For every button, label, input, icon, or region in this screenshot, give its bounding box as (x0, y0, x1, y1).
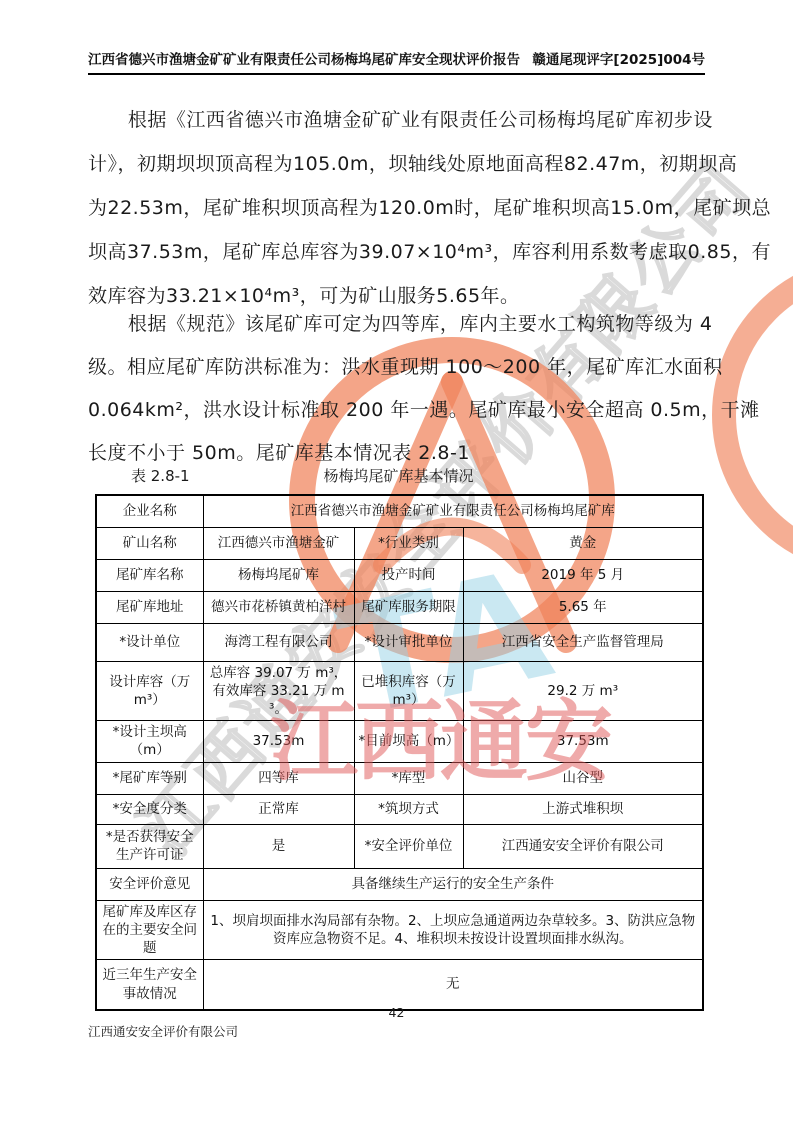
table-cell-label: *设计审批单位 (354, 623, 463, 661)
paragraph-line: 坝高37.53m，尾矿库总库容为39.07×10⁴m³，库容利用系数考虑取0.8… (88, 230, 710, 274)
table-cell-label: 尾矿库及库区存在的主要安全问题 (96, 900, 203, 960)
table-row: 尾矿库及库区存在的主要安全问题1、坝肩坝面排水沟局部有杂物。2、上坝应急通道两边… (96, 900, 703, 960)
table-cell-value: 江西德兴市渔塘金矿 (203, 527, 354, 559)
table-cell-value: 黄金 (463, 527, 703, 559)
paragraph-line: 根据《规范》该尾矿库可定为四等库，库内主要水工构筑物等级为 4 (88, 303, 710, 346)
basic-info-table: 企业名称江西省德兴市渔塘金矿矿业有限责任公司杨梅坞尾矿库矿山名称江西德兴市渔塘金… (95, 494, 704, 1011)
table-cell-value: 上游式堆积坝 (463, 794, 703, 824)
paragraph-line: 级。相应尾矿库防洪标准为：洪水重现期 100～200 年，尾矿库汇水面积 (88, 346, 710, 389)
table-cell-value: 29.2 万 m³ (463, 661, 703, 721)
paragraph-line: 计》，初期坝坝顶高程为105.0m，坝轴线处原地面高程82.47m，初期坝高 (88, 142, 710, 186)
table-cell-value: 37.53m (203, 721, 354, 762)
table-cell-label: 设计库容（万 m³） (96, 661, 203, 721)
table-cell-value: 海湾工程有限公司 (203, 623, 354, 661)
table-cell-label: *安全评价单位 (354, 824, 463, 868)
table-cell-label: *设计主坝高（m） (96, 721, 203, 762)
document-page: 江西通安安全评价有限公司 TA 江西通安 江西省德兴市渔塘金矿矿业有限责任公司杨… (0, 0, 793, 1122)
table-cell-value: 1、坝肩坝面排水沟局部有杂物。2、上坝应急通道两边杂草较多。3、防洪应急物资库应… (203, 900, 703, 960)
table-row: *是否获得安全生产许可证是*安全评价单位江西通安安全评价有限公司 (96, 824, 703, 868)
paragraph-1: 根据《江西省德兴市渔塘金矿矿业有限责任公司杨梅坞尾矿库初步设计》，初期坝坝顶高程… (88, 98, 710, 318)
table-row: *设计主坝高（m）37.53m*目前坝高（m）37.53m (96, 721, 703, 762)
table-cell-value: 具备继续生产运行的安全生产条件 (203, 868, 703, 900)
table-cell-label: *行业类别 (354, 527, 463, 559)
table-cell-value: 江西省安全生产监督管理局 (463, 623, 703, 661)
table-row: *尾矿库等别四等库*库型山谷型 (96, 762, 703, 794)
table-cell-value: 2019 年 5 月 (463, 559, 703, 591)
table-cell-label: *是否获得安全生产许可证 (96, 824, 203, 868)
table-cell-label: *筑坝方式 (354, 794, 463, 824)
table-cell-value: 是 (203, 824, 354, 868)
table-cell-label: 已堆积库容（万 m³） (354, 661, 463, 721)
table-row: 设计库容（万 m³）总库容 39.07 万 m³，有效库容 33.21 万 m³… (96, 661, 703, 721)
paragraph-2: 根据《规范》该尾矿库可定为四等库，库内主要水工构筑物等级为 4级。相应尾矿库防洪… (88, 303, 710, 475)
table-row: 近三年生产安全事故情况无 (96, 960, 703, 1010)
table-row: *安全度分类正常库*筑坝方式上游式堆积坝 (96, 794, 703, 824)
table-cell-value: 5.65 年 (463, 591, 703, 623)
table-cell-value: 正常库 (203, 794, 354, 824)
header-doc-number: 赣通尾现评字[2025]004号 (532, 48, 705, 68)
table-cell-label: 尾矿库服务期限 (354, 591, 463, 623)
table-cell-label: 矿山名称 (96, 527, 203, 559)
table-cell-value: 无 (203, 960, 703, 1010)
page-header: 江西省德兴市渔塘金矿矿业有限责任公司杨梅坞尾矿库安全现状评价报告 赣通尾现评字[… (88, 48, 705, 75)
table-caption: 表 2.8-1 杨梅坞尾矿库基本情况 (95, 463, 702, 489)
paragraph-line: 为22.53m，尾矿堆积坝顶高程为120.0m时，尾矿堆积坝高15.0m，尾矿坝… (88, 186, 710, 230)
table-cell-value: 杨梅坞尾矿库 (203, 559, 354, 591)
table-cell-label: *尾矿库等别 (96, 762, 203, 794)
page-number: 42 (0, 1005, 793, 1020)
table-cell-label: 企业名称 (96, 495, 203, 527)
table-cell-value: 总库容 39.07 万 m³，有效库容 33.21 万 m³。 (203, 661, 354, 721)
table-cell-label: 近三年生产安全事故情况 (96, 960, 203, 1010)
table-row: *设计单位海湾工程有限公司*设计审批单位江西省安全生产监督管理局 (96, 623, 703, 661)
table-cell-label: *库型 (354, 762, 463, 794)
table-cell-label: 尾矿库地址 (96, 591, 203, 623)
table-cell-label: *设计单位 (96, 623, 203, 661)
table-cell-label: *安全度分类 (96, 794, 203, 824)
basic-info-table-wrap: 企业名称江西省德兴市渔塘金矿矿业有限责任公司杨梅坞尾矿库矿山名称江西德兴市渔塘金… (95, 494, 704, 1011)
table-cell-label: 尾矿库名称 (96, 559, 203, 591)
table-row: 尾矿库名称杨梅坞尾矿库投产时间2019 年 5 月 (96, 559, 703, 591)
table-row: 尾矿库地址德兴市花桥镇黄柏洋村尾矿库服务期限5.65 年 (96, 591, 703, 623)
table-cell-value: 江西通安安全评价有限公司 (463, 824, 703, 868)
table-cell-label: 投产时间 (354, 559, 463, 591)
table-row: 安全评价意见具备继续生产运行的安全生产条件 (96, 868, 703, 900)
table-row: 矿山名称江西德兴市渔塘金矿*行业类别黄金 (96, 527, 703, 559)
header-report-title: 江西省德兴市渔塘金矿矿业有限责任公司杨梅坞尾矿库安全现状评价报告 (88, 48, 520, 68)
footer-company-name: 江西通安安全评价有限公司 (88, 1022, 238, 1040)
paragraph-line: 根据《江西省德兴市渔塘金矿矿业有限责任公司杨梅坞尾矿库初步设 (88, 98, 710, 142)
table-row: 企业名称江西省德兴市渔塘金矿矿业有限责任公司杨梅坞尾矿库 (96, 495, 703, 527)
table-cell-value: 山谷型 (463, 762, 703, 794)
table-caption-title: 杨梅坞尾矿库基本情况 (95, 463, 702, 489)
table-cell-value: 德兴市花桥镇黄柏洋村 (203, 591, 354, 623)
table-cell-value: 江西省德兴市渔塘金矿矿业有限责任公司杨梅坞尾矿库 (203, 495, 703, 527)
table-cell-value: 四等库 (203, 762, 354, 794)
table-cell-value: 37.53m (463, 721, 703, 762)
table-cell-label: *目前坝高（m） (354, 721, 463, 762)
table-cell-label: 安全评价意见 (96, 868, 203, 900)
paragraph-line: 0.064km²，洪水设计标准取 200 年一遇。尾矿库最小安全超高 0.5m，… (88, 389, 710, 432)
